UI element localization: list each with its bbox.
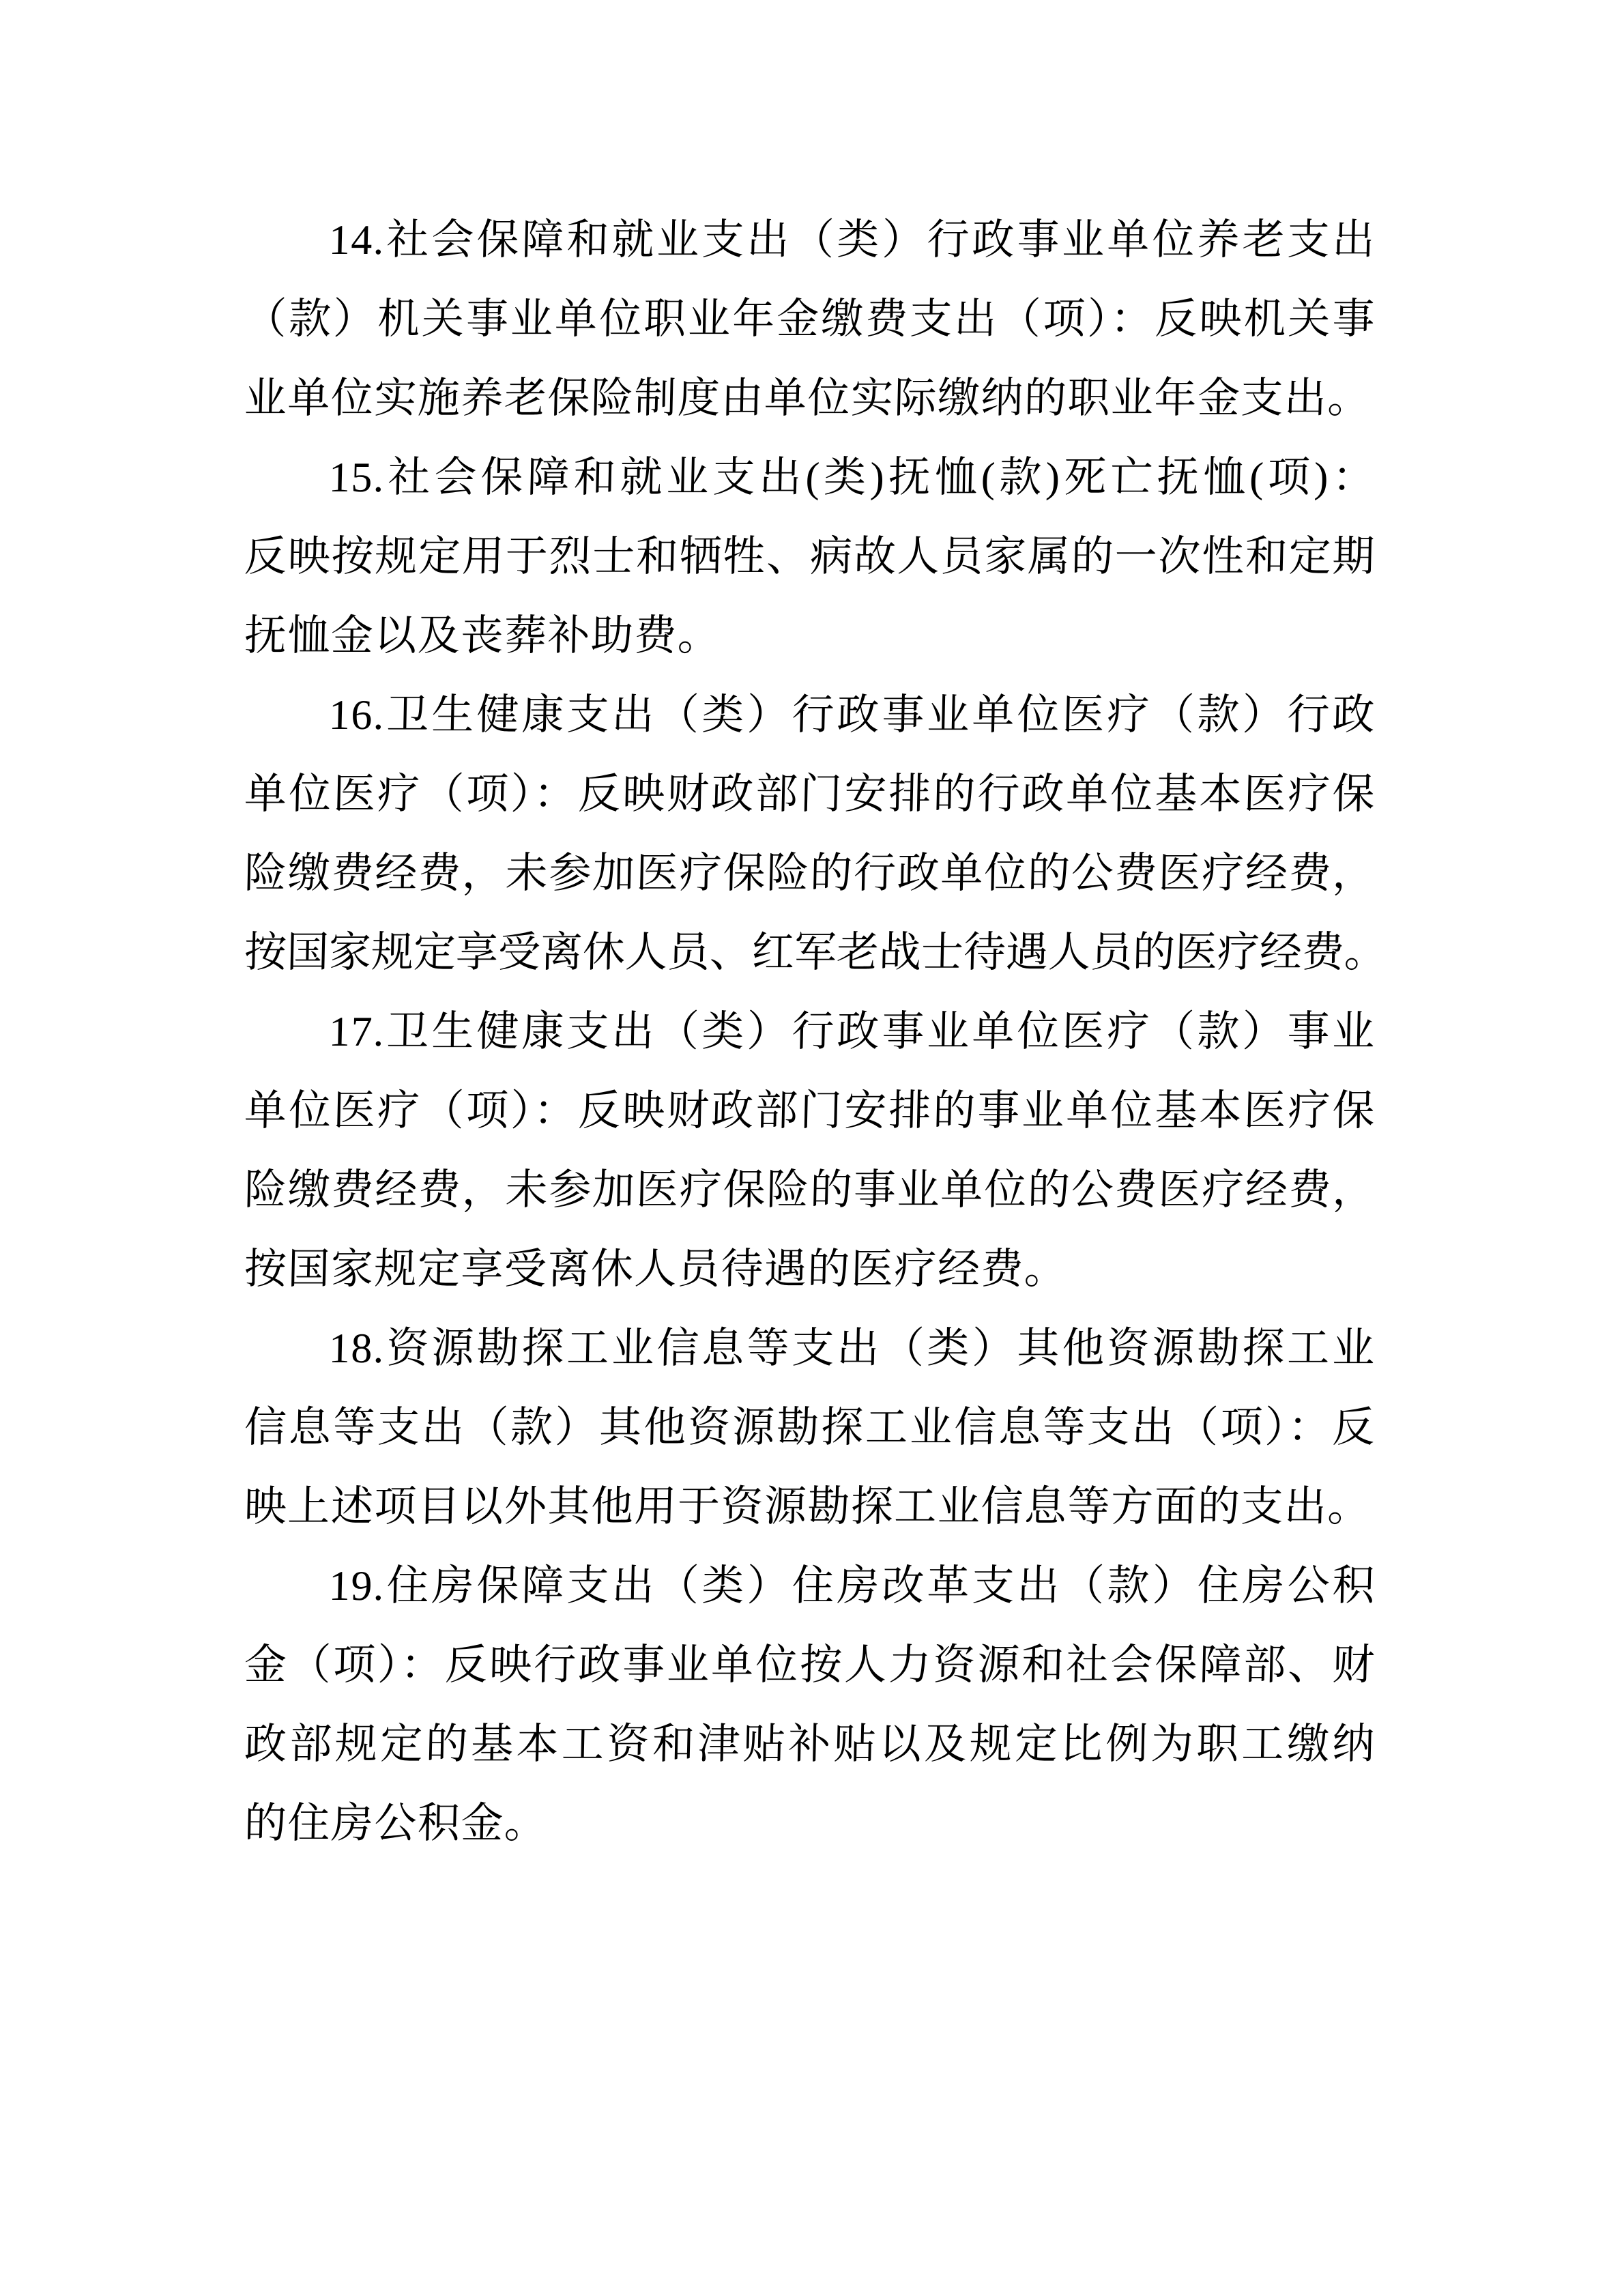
paragraph-14-line-2: （款）机关事业单位职业年金缴费支出（项）：反映机关事 bbox=[244, 280, 1377, 359]
paragraph-16-line-4: 按国家规定享受离休人员、红军老战士待遇人员的医疗经费。 bbox=[244, 913, 1377, 992]
paragraph-17-line-2: 单位医疗（项）：反映财政部门安排的事业单位基本医疗保 bbox=[244, 1072, 1377, 1151]
paragraph-16-line-1: 16.卫生健康支出（类）行政事业单位医疗（款）行政 bbox=[244, 676, 1377, 755]
paragraph-14-line-1: 14.社会保障和就业支出（类）行政事业单位养老支出 bbox=[244, 201, 1377, 280]
paragraph-17-line-1: 17.卫生健康支出（类）行政事业单位医疗（款）事业 bbox=[244, 992, 1377, 1072]
paragraph-18-line-3: 映上述项目以外其他用于资源勘探工业信息等方面的支出。 bbox=[244, 1467, 1377, 1547]
paragraph-18-line-2: 信息等支出（款）其他资源勘探工业信息等支出（项）：反 bbox=[244, 1388, 1377, 1467]
paragraph-18-line-1: 18.资源勘探工业信息等支出（类）其他资源勘探工业 bbox=[244, 1309, 1377, 1388]
body-text: 14.社会保障和就业支出（类）行政事业单位养老支出（款）机关事业单位职业年金缴费… bbox=[244, 201, 1376, 1863]
paragraph-17-line-4: 按国家规定享受离休人员待遇的医疗经费。 bbox=[244, 1230, 1377, 1309]
paragraph-15-line-3: 抚恤金以及丧葬补助费。 bbox=[244, 597, 1377, 676]
paragraph-19-line-1: 19.住房保障支出（类）住房改革支出（款）住房公积 bbox=[244, 1547, 1377, 1626]
paragraph-14-line-3: 业单位实施养老保险制度由单位实际缴纳的职业年金支出。 bbox=[244, 359, 1377, 438]
paragraph-15-line-1: 15.社会保障和就业支出(类)抚恤(款)死亡抚恤(项)： bbox=[244, 438, 1377, 517]
paragraph-15: 15.社会保障和就业支出(类)抚恤(款)死亡抚恤(项)：反映按规定用于烈士和牺牲… bbox=[244, 438, 1376, 676]
paragraph-19-line-2: 金（项）：反映行政事业单位按人力资源和社会保障部、财 bbox=[244, 1626, 1377, 1705]
paragraph-17-line-3: 险缴费经费，未参加医疗保险的事业单位的公费医疗经费， bbox=[244, 1151, 1377, 1230]
paragraph-18: 18.资源勘探工业信息等支出（类）其他资源勘探工业信息等支出（款）其他资源勘探工… bbox=[244, 1309, 1376, 1547]
document-page: 14.社会保障和就业支出（类）行政事业单位养老支出（款）机关事业单位职业年金缴费… bbox=[0, 0, 1624, 2296]
paragraph-16-line-2: 单位医疗（项）：反映财政部门安排的行政单位基本医疗保 bbox=[244, 755, 1377, 834]
paragraph-19-line-4: 的住房公积金。 bbox=[244, 1784, 1377, 1863]
paragraph-15-line-2: 反映按规定用于烈士和牺牲、病故人员家属的一次性和定期 bbox=[244, 517, 1377, 597]
paragraph-19-line-3: 政部规定的基本工资和津贴补贴以及规定比例为职工缴纳 bbox=[244, 1705, 1377, 1784]
paragraph-16-line-3: 险缴费经费，未参加医疗保险的行政单位的公费医疗经费， bbox=[244, 834, 1377, 913]
paragraph-19: 19.住房保障支出（类）住房改革支出（款）住房公积金（项）：反映行政事业单位按人… bbox=[244, 1547, 1376, 1863]
paragraph-17: 17.卫生健康支出（类）行政事业单位医疗（款）事业单位医疗（项）：反映财政部门安… bbox=[244, 992, 1376, 1309]
paragraph-16: 16.卫生健康支出（类）行政事业单位医疗（款）行政单位医疗（项）：反映财政部门安… bbox=[244, 676, 1376, 992]
paragraph-14: 14.社会保障和就业支出（类）行政事业单位养老支出（款）机关事业单位职业年金缴费… bbox=[244, 201, 1376, 438]
